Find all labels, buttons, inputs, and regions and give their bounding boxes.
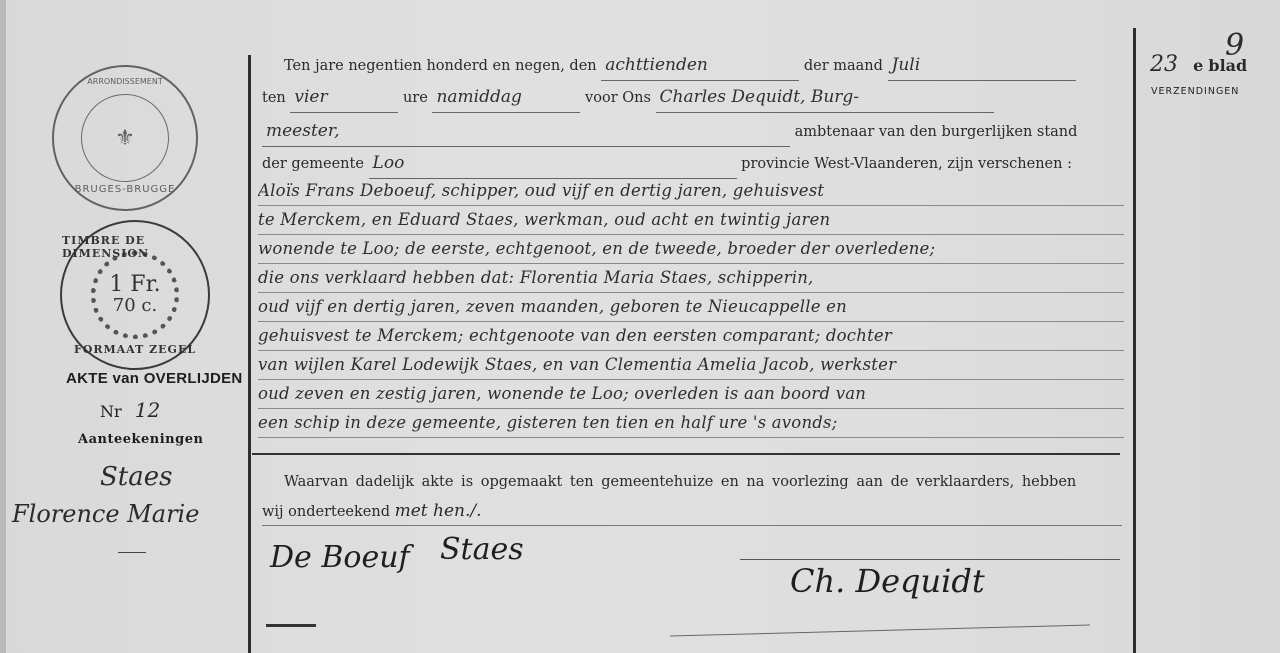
stamp-amount-centimes: 70 c. [113, 296, 157, 316]
official-continuation: meester, [262, 116, 790, 147]
seal-top-text: ARRONDISSEMENT [87, 77, 162, 86]
closing-statement: Waarvan dadelijk akte is opgemaakt ten g… [284, 474, 1076, 490]
handwritten-line: wonende te Loo; de eerste, echtgenoot, e… [258, 234, 1124, 264]
line1-print: Ten jare negentien honderd en negen, den [284, 58, 597, 74]
line2-print3: voor Ons [585, 90, 651, 106]
handwritten-line: oud zeven en zestig jaren, wonende te Lo… [258, 379, 1124, 409]
akte-title: AKTE van OVERLIJDEN [66, 370, 243, 387]
month-field: Juli [888, 50, 1076, 81]
wreath-icon: 1 Fr. 70 c. [91, 251, 179, 339]
stamp-top-text: TIMBRE DE DIMENSION [62, 234, 208, 260]
handwritten-line: oud vijf en dertig jaren, zeven maanden,… [258, 292, 1124, 322]
municipality-field: Loo [369, 148, 737, 179]
section-separator [252, 453, 1120, 455]
line2-print: ten [262, 90, 286, 106]
closing-signed-print: wij onderteekend [262, 504, 390, 520]
closing-signed-hand: met hen./. [395, 501, 482, 521]
annotations-heading: Aanteekeningen [78, 432, 203, 447]
line1-print2: der maand [804, 58, 883, 74]
short-rule [266, 624, 316, 627]
page-label: blad [1208, 56, 1247, 75]
annotation-given-names: Florence Marie [12, 500, 199, 528]
page-number-value: 23 [1150, 52, 1178, 77]
stamp-bottom-text: FORMAAT ZEGEL [74, 343, 196, 356]
document-page: ARRONDISSEMENT ⚜ BRUGES-BRUGGE TIMBRE DE… [0, 0, 1280, 653]
period-field: namiddag [432, 82, 580, 113]
handwritten-line: te Merckem, en Eduard Staes, werkman, ou… [258, 205, 1124, 235]
seal-emblem-icon: ⚜ [81, 94, 169, 182]
signature-flourish-line [740, 559, 1120, 560]
akte-number: Nr 12 [100, 398, 160, 422]
annotation-dash [118, 552, 146, 553]
form-line-time: ten vier ure namiddag voor Ons Charles D… [262, 82, 1122, 112]
line2-print2: ure [403, 90, 428, 106]
signature-dequidt: Ch. Dequidt [790, 562, 985, 600]
line3-print: ambtenaar van den burgerlijken stand [795, 124, 1078, 140]
signature-deboeuf: De Boeuf [270, 540, 410, 575]
day-field: achttienden [601, 50, 799, 81]
verzendingen-label: VERZENDINGEN [1151, 86, 1239, 97]
handwritten-line: die ons verklaard hebben dat: Florentia … [258, 263, 1124, 293]
handwritten-line: Aloïs Frans Deboeuf, schipper, oud vijf … [258, 176, 1124, 206]
handwritten-line: een schip in deze gemeente, gisteren ten… [258, 408, 1124, 438]
line4-print: der gemeente [262, 156, 364, 172]
handwritten-line: van wijlen Karel Lodewijk Staes, en van … [258, 350, 1124, 380]
right-margin-divider [1133, 28, 1136, 653]
official-field: Charles Dequidt, Burg- [656, 82, 994, 113]
handwritten-line: gehuisvest te Merckem; echtgenoote van d… [258, 321, 1124, 351]
municipal-seal-stamp: ARRONDISSEMENT ⚜ BRUGES-BRUGGE [52, 65, 198, 211]
nr-label: Nr [100, 402, 122, 421]
page-edge [0, 0, 6, 653]
closing-signed-line: wij onderteekend met hen./. [262, 498, 1122, 526]
line4-print2: provincie West-Vlaanderen, zijn verschen… [741, 156, 1072, 172]
signature-underline [670, 625, 1090, 637]
stamp-amount-francs: 1 Fr. [109, 274, 160, 296]
annotation-surname: Staes [100, 462, 173, 492]
form-line-official: meester, ambtenaar van den burgerlijken … [262, 116, 1122, 146]
dimension-tax-stamp: TIMBRE DE DIMENSION 1 Fr. 70 c. FORMAAT … [60, 220, 210, 370]
hour-field: vier [290, 82, 398, 113]
page-suffix: e [1193, 56, 1203, 75]
seal-bottom-text: BRUGES-BRUGGE [75, 184, 176, 195]
form-line-date: Ten jare negentien honderd en negen, den… [284, 50, 1122, 80]
form-line-municipality: der gemeente Loo provincie West-Vlaander… [262, 148, 1122, 178]
page-number: 23 e blad [1150, 52, 1247, 77]
signature-staes: Staes [440, 532, 524, 567]
margin-divider [248, 55, 251, 653]
nr-value: 12 [135, 398, 160, 422]
